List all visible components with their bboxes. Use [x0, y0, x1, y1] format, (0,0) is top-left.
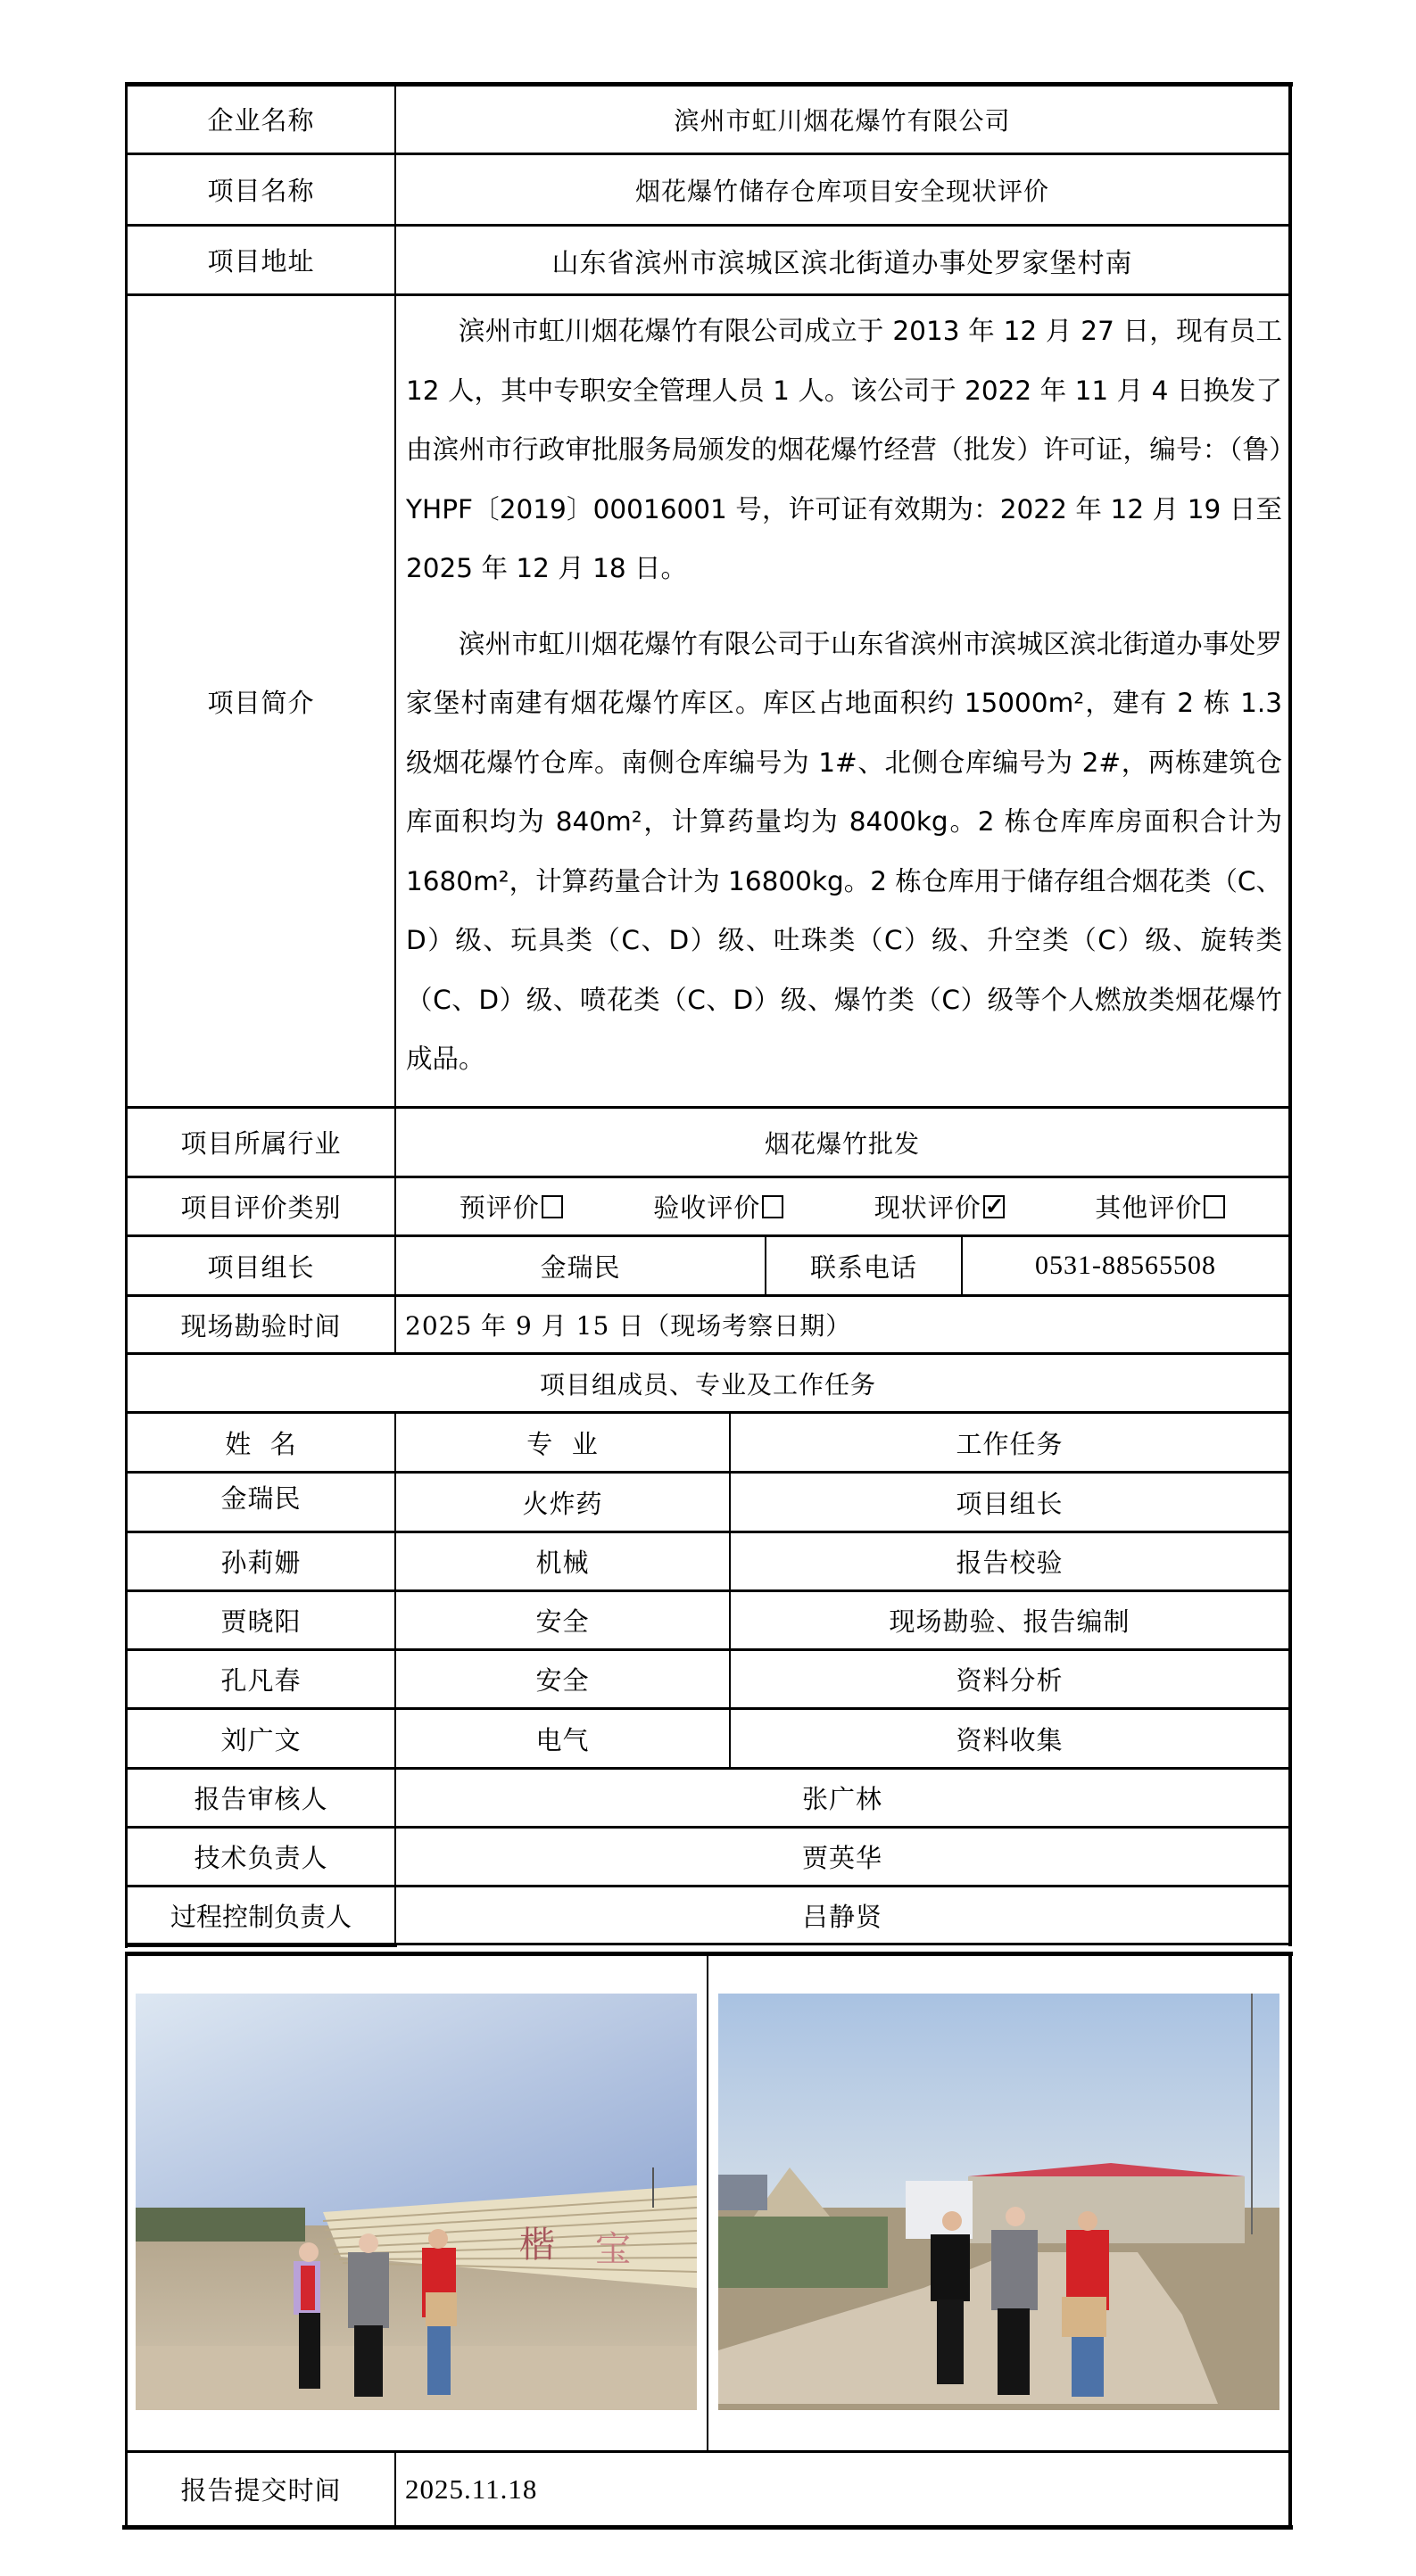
eval-option-other[interactable]: 其他评价	[1095, 1188, 1225, 1225]
member-name: 刘广文	[128, 1710, 394, 1767]
eval-option-current[interactable]: 现状评价 ✓	[874, 1188, 1005, 1225]
eval-option-label: 其他评价	[1095, 1188, 1202, 1225]
table-right-border	[1288, 82, 1292, 1946]
phone-label: 联系电话	[766, 1237, 961, 1294]
eval-option-label: 预评价	[460, 1188, 540, 1225]
photo-divider	[707, 1953, 708, 2451]
member-major: 安全	[396, 1592, 729, 1648]
reviewer-label: 报告审核人	[128, 1770, 394, 1826]
submit-date-label: 报告提交时间	[128, 2453, 394, 2525]
member-name: 金瑞民	[128, 1474, 394, 1531]
intro-label: 项目简介	[128, 296, 394, 1106]
submit-date-value: 2025.11.18	[396, 2453, 1288, 2525]
project-name-label: 项目名称	[128, 155, 394, 224]
eval-option-label: 验收评价	[653, 1188, 760, 1225]
intro-paragraph: 滨州市虹川烟花爆竹有限公司于山东省滨州市滨城区滨北街道办事处罗家堡村南建有烟花爆…	[406, 615, 1282, 1089]
checkbox-icon[interactable]	[1204, 1195, 1225, 1218]
checkbox-icon[interactable]	[762, 1195, 783, 1218]
site-photo-left: 楷 宝	[136, 1994, 697, 2410]
leader-value: 金瑞民	[396, 1237, 765, 1294]
industry-label: 项目所属行业	[128, 1109, 394, 1176]
reviewer-value: 张广林	[396, 1770, 1288, 1826]
eval-type-label: 项目评价类别	[128, 1178, 394, 1234]
address-label: 项目地址	[128, 227, 394, 293]
member-task: 资料收集	[731, 1710, 1288, 1767]
member-major: 机械	[396, 1533, 729, 1589]
member-major: 安全	[396, 1651, 729, 1707]
team-section-title: 项目组成员、专业及工作任务	[128, 1355, 1288, 1411]
company-label: 企业名称	[128, 86, 394, 153]
leader-label: 项目组长	[128, 1237, 394, 1294]
photo-table-top-border	[125, 1952, 1293, 1956]
industry-value: 烟花爆竹批发	[396, 1109, 1288, 1176]
company-value: 滨州市虹川烟花爆竹有限公司	[396, 86, 1288, 153]
team-header-major: 专 业	[396, 1414, 729, 1471]
checkbox-checked-icon[interactable]: ✓	[983, 1195, 1005, 1218]
tech-lead-label: 技术负责人	[128, 1829, 394, 1885]
site-photo-right-image	[718, 1994, 1279, 2410]
team-header-name: 姓 名	[128, 1414, 394, 1471]
member-name: 贾晓阳	[128, 1592, 394, 1648]
member-task: 项目组长	[731, 1474, 1288, 1531]
member-task: 报告校验	[731, 1533, 1288, 1589]
survey-time-value: 2025 年 9 月 15 日（现场考察日期）	[396, 1297, 1288, 1352]
intro-text: 滨州市虹川烟花爆竹有限公司成立于 2013 年 12 月 27 日，现有员工 1…	[406, 301, 1282, 1105]
site-photo-left-image: 楷 宝	[136, 1994, 697, 2410]
intro-paragraph: 滨州市虹川烟花爆竹有限公司成立于 2013 年 12 月 27 日，现有员工 1…	[406, 301, 1282, 599]
site-photo-right	[718, 1994, 1279, 2410]
photo-table-right-border	[1288, 1952, 1292, 2530]
process-control-value: 吕静贤	[396, 1887, 1288, 1943]
eval-option-pre[interactable]: 预评价	[460, 1188, 563, 1225]
svg-text:宝: 宝	[595, 2229, 631, 2270]
member-task: 现场勘验、报告编制	[731, 1592, 1288, 1648]
table-bottom-border	[395, 1943, 1292, 1945]
member-major: 火炸药	[396, 1474, 729, 1531]
process-control-label: 过程控制负责人	[128, 1887, 394, 1943]
eval-option-acceptance[interactable]: 验收评价	[653, 1188, 783, 1225]
member-name: 孙莉姗	[128, 1533, 394, 1589]
address-value: 山东省滨州市滨城区滨北街道办事处罗家堡村南	[396, 227, 1288, 293]
svg-text:楷: 楷	[519, 2225, 555, 2266]
photo-table-bottom-border	[122, 2525, 1293, 2530]
project-name-value: 烟花爆竹储存仓库项目安全现状评价	[396, 155, 1288, 224]
table-bottom-border-left	[125, 1943, 397, 1947]
photo-table-left-border	[125, 1952, 128, 2530]
eval-option-label: 现状评价	[874, 1188, 981, 1225]
member-task: 资料分析	[731, 1651, 1288, 1707]
member-name: 孔凡春	[128, 1651, 394, 1707]
eval-type-options: 预评价 验收评价 现状评价 ✓ 其他评价	[396, 1178, 1288, 1234]
tech-lead-value: 贾英华	[396, 1829, 1288, 1885]
member-major: 电气	[396, 1710, 729, 1767]
team-header-task: 工作任务	[731, 1414, 1288, 1471]
checkbox-icon[interactable]	[542, 1195, 563, 1218]
survey-time-label: 现场勘验时间	[128, 1297, 394, 1352]
phone-value: 0531-88565508	[963, 1237, 1288, 1294]
